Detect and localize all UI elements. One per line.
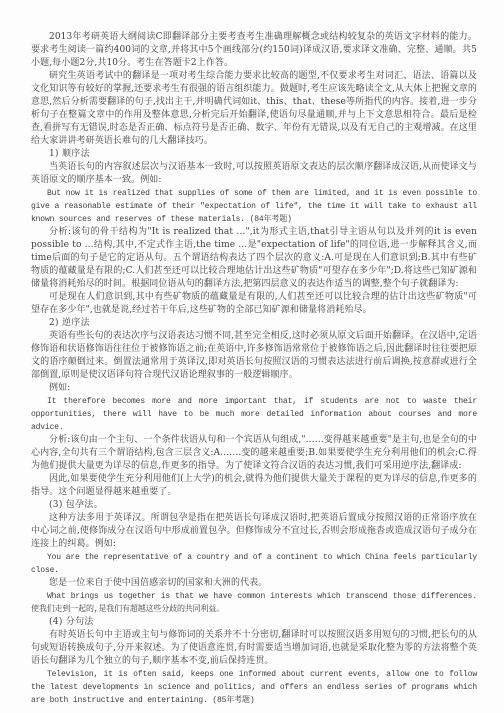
english-example: What brings us together is that we have … [31, 590, 477, 616]
body-paragraph: 这种方法多用于英译汉。所谓包孕是指在把英语长句译成汉语时,把英语后置成分按照汉语… [31, 512, 477, 551]
section-heading: (4) 分句法 [31, 616, 477, 629]
chinese-translation: 您是一位来自于使中国倍感亲切的国家和大洲的代表。 [31, 577, 477, 590]
document-body: 2013年考研英语大纲阅读C即翻译部分主要考查考生准确理解概念或结构较复杂的英语… [31, 31, 477, 707]
english-example: But now it is realized that supplies of … [31, 187, 477, 226]
body-paragraph: 当英语长句的内容叙述层次与汉语基本一致时,可以按照英语原文表达的层次顺序翻译成汉… [31, 161, 477, 187]
example-label: 例如: [31, 382, 477, 395]
chinese-translation: 可是现在人们意识到,其中有些矿物质的蕴藏量是有限的,人们甚至还可以比较合理的估计… [31, 291, 477, 317]
english-example: Television, it is often said, keeps one … [31, 668, 477, 707]
body-paragraph: 英语有些长句的表达次序与汉语表达习惯不同,甚至完全相反,这时必须从原文后面开始翻… [31, 330, 477, 382]
body-paragraph: 研究生英语考试中的翻译是一项对考生综合能力要求比较高的题型,不仅要求考生对词汇、… [31, 70, 477, 148]
body-paragraph: 有时英语长句中主语或主句与修饰词的关系并不十分密切,翻译时可以按照汉语多用短句的… [31, 629, 477, 668]
body-paragraph: 2013年考研英语大纲阅读C即翻译部分主要考查考生准确理解概念或结构较复杂的英语… [31, 31, 477, 70]
section-heading: (3) 包孕法。 [31, 499, 477, 512]
body-paragraph: 分析:该句的骨干结构为"It is realized that …",it为形式… [31, 226, 477, 291]
body-paragraph: 分析:该句由一个主句、一个条件状语从句和一个宾语从句组成,"……变得越来越重要"… [31, 434, 477, 473]
document-page: 2013年考研英语大纲阅读C即翻译部分主要考查考生准确理解概念或结构较复杂的英语… [0, 0, 504, 713]
section-heading: 2) 逆序法 [31, 317, 477, 330]
chinese-translation: 因此,如果要使学生充分利用他们(上大学)的机会,就得为他们提供大量关于课程的更为… [31, 473, 477, 499]
section-heading: 1) 顺序法 [31, 148, 477, 161]
english-example: You are the representative of a country … [31, 551, 477, 577]
english-example: It therefore becomes more and more impor… [31, 395, 477, 434]
